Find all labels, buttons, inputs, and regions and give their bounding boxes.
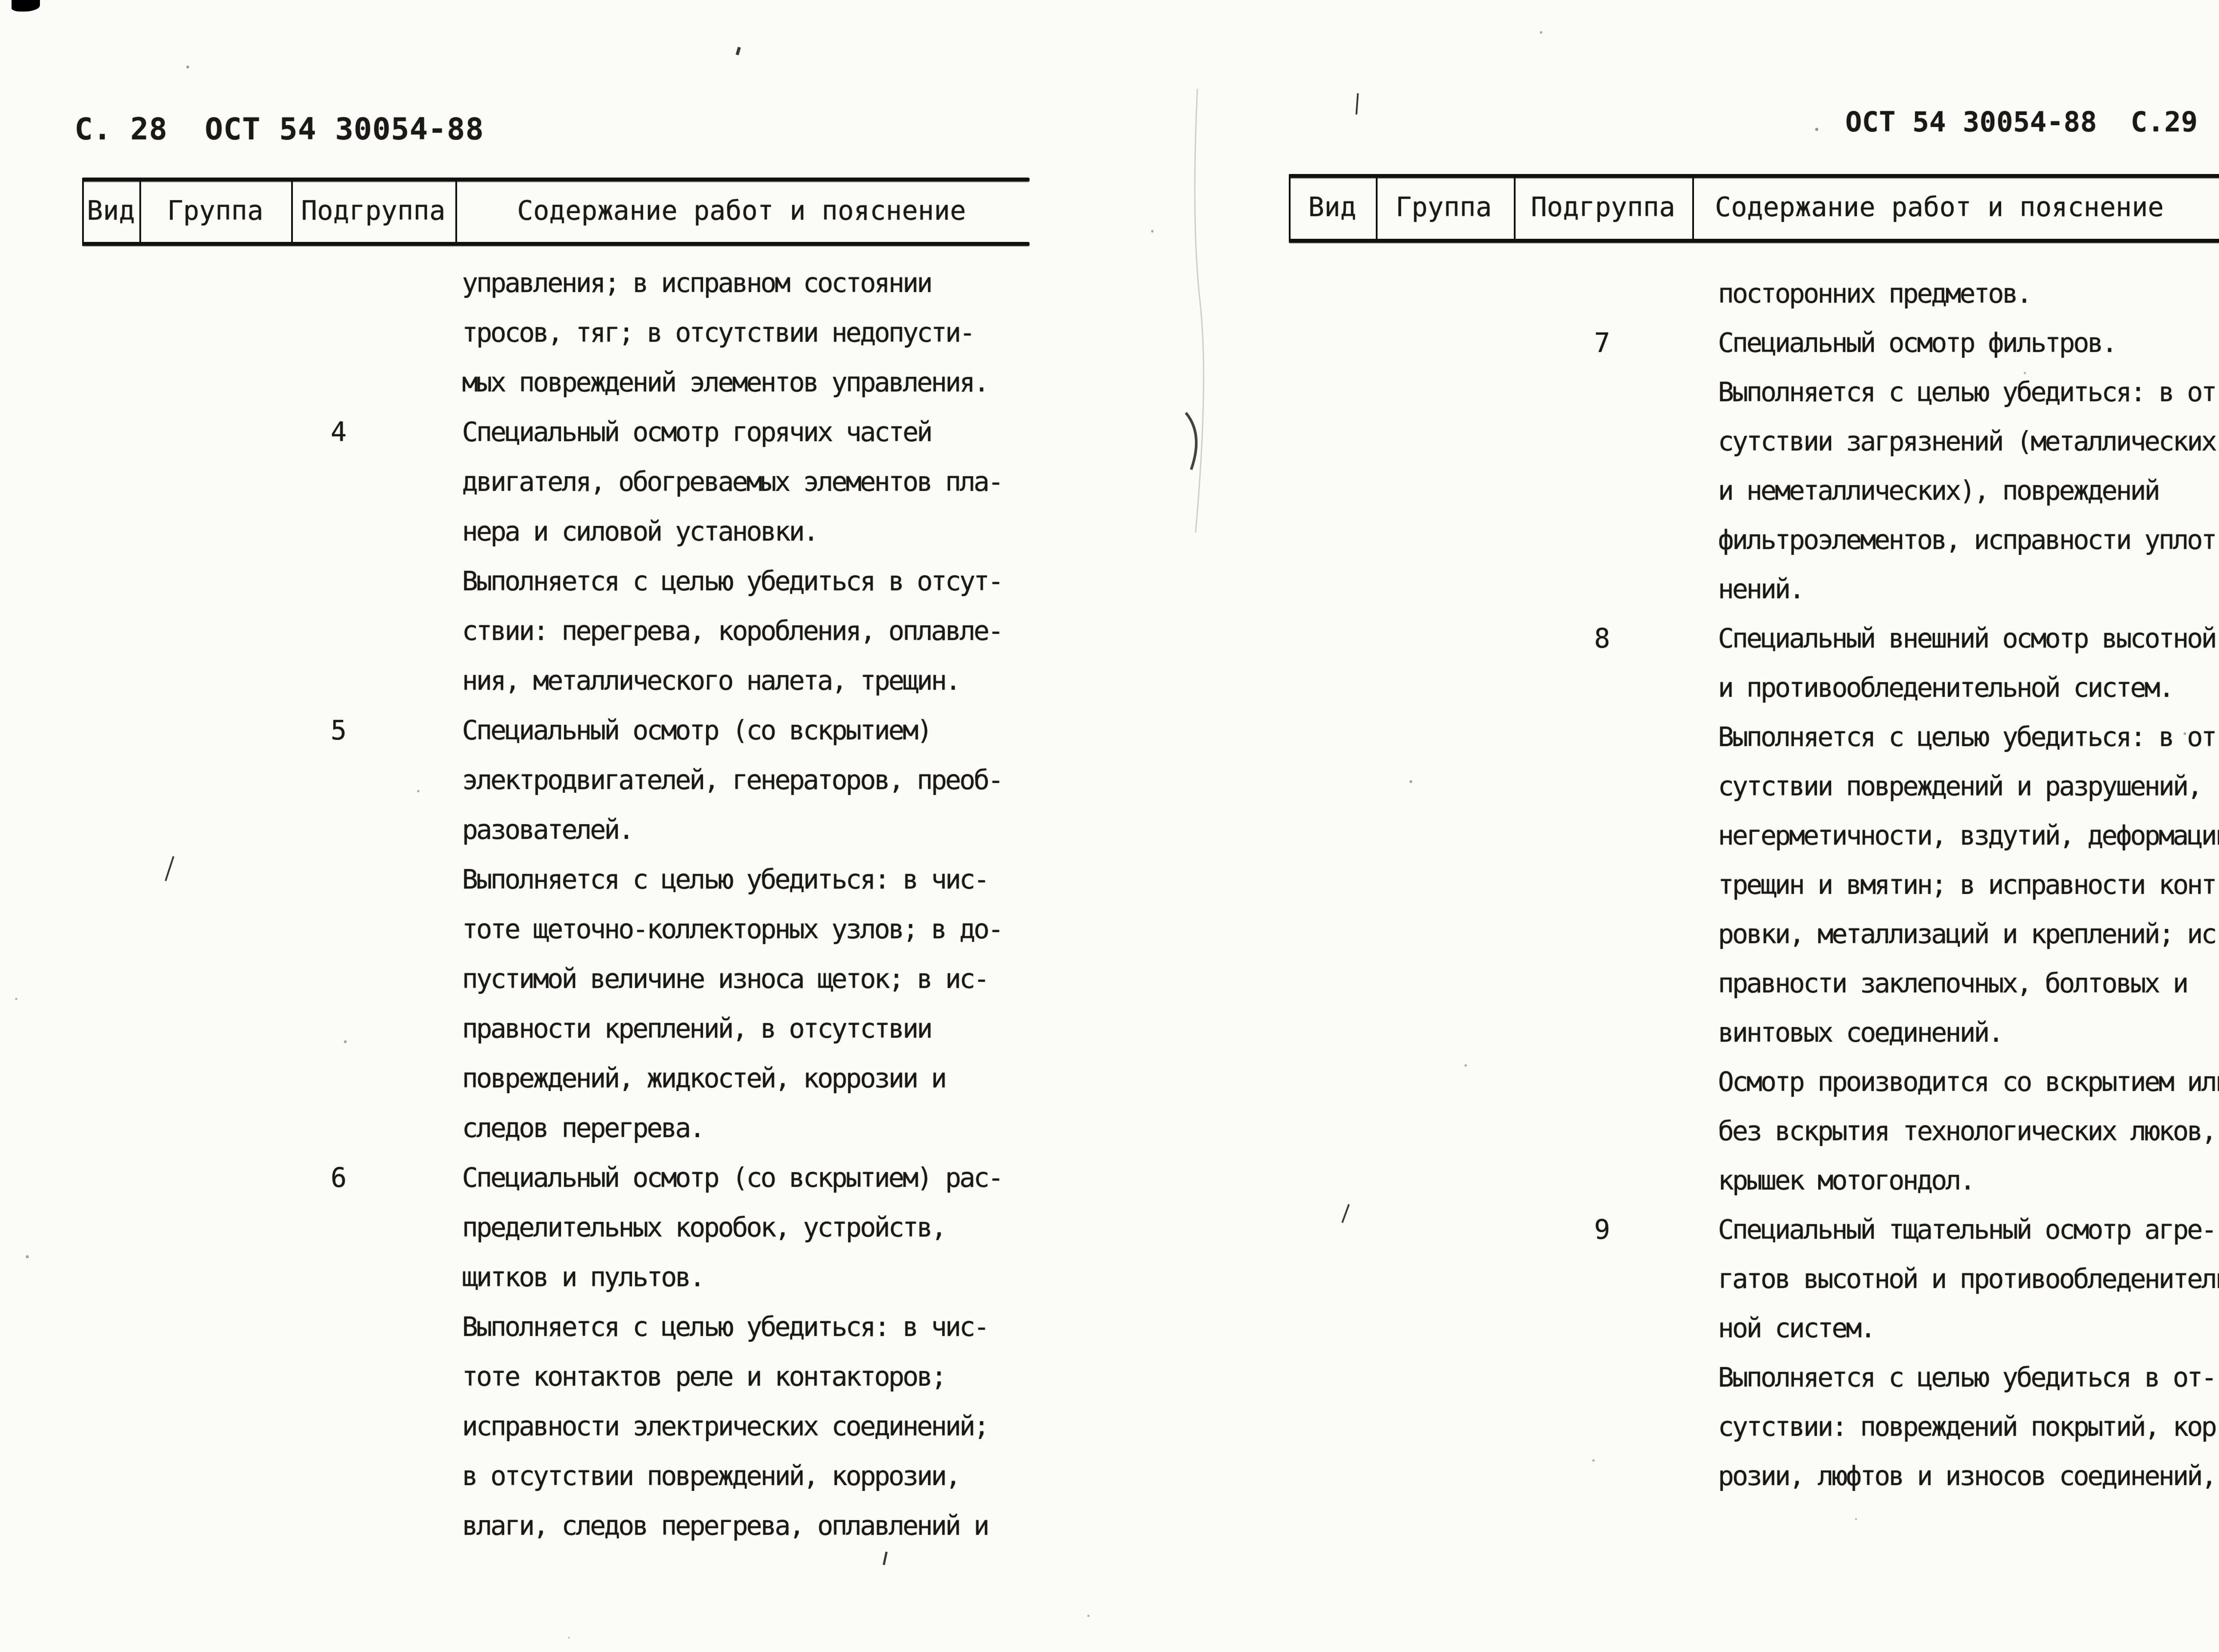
scan-speck [165,856,174,881]
column-header-soderzhanie: Содержание работ и пояснение [517,195,966,226]
text-line: и противообледенительной систем. [1718,664,2219,713]
text-line: и неметаллических), повреждений [1718,466,2219,516]
text-line: фильтроэлементов, исправности уплот- [1718,516,2219,565]
text-line: двигателя, обогреваемых элементов пла- [462,457,1002,507]
scan-speck [2183,732,2186,735]
column-divider [139,178,141,246]
page-header-left: С. 28 ОСТ 54 30054-88 [75,112,484,147]
text-line: винтовых соединений. [1718,1008,2219,1058]
text-line: Специальный осмотр (со вскрытием) рас- [462,1153,1002,1203]
subgroup-number: 6 [331,1153,345,1203]
text-line: Специальный осмотр горячих частей [462,407,1002,457]
left-page-rows: управления; в исправном состояниитросов,… [462,258,1002,1551]
subgroup-number: 4 [331,407,345,457]
column-divider [455,178,457,246]
table-row: 4Специальный осмотр горячих частейдвигат… [462,407,1002,706]
column-header-gruppa: Группа [1396,192,1492,223]
scan-speck [1592,1459,1595,1462]
text-line: сутствии загрязнений (металлических [1718,417,2219,466]
text-line: сутствии: повреждений покрытий, кор- [1718,1403,2219,1452]
text-line: щитков и пультов. [462,1253,1002,1302]
text-line: гатов высотной и противообледенитель- [1718,1255,2219,1304]
table-row: 5Специальный осмотр (со вскрытием)электр… [462,706,1002,1153]
scan-speck [1151,230,1153,233]
text-line: Выполняется с целью убедиться: в от- [1718,368,2219,417]
scan-speck [1815,128,1818,131]
text-line: правности креплений, в отсутствии [462,1004,1002,1054]
text-line: управления; в исправном состоянии [462,258,1002,308]
scan-speck [568,1637,570,1639]
text-line: Выполняется с целью убедиться в отсут- [462,557,1002,606]
column-header-soderzhanie: Содержание работ и пояснение [1715,192,2164,223]
text-line: Специальный осмотр фильтров. [1718,319,2219,368]
scan-speck [736,47,741,55]
text-line: правности заклепочных, болтовых и [1718,959,2219,1008]
scan-speck [186,66,189,68]
text-line: повреждений, жидкостей, коррозии и [462,1054,1002,1103]
right-page-rows: посторонних предметов.7Специальный осмот… [1718,269,2219,1501]
table-row: управления; в исправном состояниитросов,… [462,258,1002,407]
text-line: без вскрытия технологических люков, [1718,1107,2219,1156]
page-fold-crease [1163,75,1234,697]
column-header-podgruppa: Подгруппа [1531,192,1675,223]
subgroup-number: 5 [331,706,345,755]
text-line: Выполняется с целью убедиться: в чис- [462,855,1002,905]
page-header-right: ОСТ 54 30054-88 С.29 [1845,106,2198,138]
scanned-document: С. 28 ОСТ 54 30054-88 Вид Группа Подгруп… [0,0,2219,1652]
text-line: мых повреждений элементов управления. [462,358,1002,407]
text-line: электродвигателей, генераторов, преоб- [462,755,1002,805]
scan-speck [1465,1064,1467,1067]
text-line: Специальный тщательный осмотр агре- [1718,1205,2219,1255]
table-border-left [1289,174,1291,243]
text-line: тоте контактов реле и контакторов; [462,1352,1002,1402]
text-line: нений. [1718,565,2219,614]
scan-speck [1342,1204,1350,1223]
column-divider [1692,174,1694,243]
column-header-vid: Вид [87,195,135,226]
text-line: влаги, следов перегрева, оплавлений и [462,1501,1002,1551]
scan-corner-blot [12,0,40,12]
text-line: Специальный внешний осмотр высотной [1718,614,2219,664]
scan-speck [2024,372,2026,374]
column-divider [1514,174,1516,243]
text-line: ствии: перегрева, коробления, оплавле- [462,606,1002,656]
text-line: ния, металлического налета, трещин. [462,656,1002,706]
text-line: тоте щеточно-коллекторных узлов; в до- [462,905,1002,954]
text-line: в отсутствии повреждений, коррозии, [462,1451,1002,1501]
scan-speck [1355,93,1358,115]
column-header-gruppa: Группа [167,195,264,226]
subgroup-number: 9 [1594,1205,1608,1255]
text-line: Выполняется с целью убедиться в от- [1718,1353,2219,1403]
text-line: трещин и вмятин; в исправности конт- [1718,861,2219,910]
text-line: тросов, тяг; в отсутствии недопусти- [462,308,1002,358]
subgroup-number: 8 [1594,614,1608,664]
column-header-podgruppa: Подгруппа [301,195,445,226]
text-line: Выполняется с целью убедиться: в чис- [462,1302,1002,1352]
text-line: Выполняется с целью убедиться: в от- [1718,713,2219,762]
table-row: 8Специальный внешний осмотр высотнойи пр… [1718,614,2219,1205]
text-line: сутствии повреждений и разрушений, [1718,762,2219,811]
scan-speck [15,998,17,1000]
subgroup-number: 7 [1594,319,1608,368]
column-divider [1376,174,1378,243]
text-line: ровки, металлизаций и креплений; ис- [1718,910,2219,959]
table-border-header-bottom [1289,239,2219,243]
table-row: 7Специальный осмотр фильтров.Выполняется… [1718,319,2219,614]
scan-speck [26,1255,29,1258]
scan-speck [1540,31,1542,34]
table-border-top [82,178,1030,182]
text-line: нера и силовой установки. [462,507,1002,557]
text-line: разователей. [462,805,1002,855]
text-line: розии, люфтов и износов соединений, [1718,1452,2219,1501]
scan-speck [1855,1518,1857,1520]
text-line: следов перегрева. [462,1103,1002,1153]
table-border-top [1289,174,2219,178]
scan-speck [417,790,419,792]
text-line: ной систем. [1718,1304,2219,1353]
text-line: исправности электрических соединений; [462,1402,1002,1451]
table-row: 6Специальный осмотр (со вскрытием) рас-п… [462,1153,1002,1551]
table-border-header-bottom [82,242,1030,246]
scan-speck [1410,780,1412,783]
scan-speck [1087,1615,1090,1617]
text-line: пустимой величине износа щеток; в ис- [462,954,1002,1004]
column-divider [291,178,293,246]
column-header-vid: Вид [1308,192,1356,223]
table-border-left [82,178,84,246]
text-line: пределительных коробок, устройств, [462,1203,1002,1253]
text-line: негерметичности, вздутий, деформаций, [1718,811,2219,861]
scan-speck [883,1552,888,1565]
scan-speck [344,1040,347,1043]
table-row: 9Специальный тщательный осмотр агре-гато… [1718,1205,2219,1501]
text-line: крышек мотогондол. [1718,1156,2219,1205]
text-line: посторонних предметов. [1718,269,2219,319]
table-row: посторонних предметов. [1718,269,2219,319]
text-line: Специальный осмотр (со вскрытием) [462,706,1002,755]
text-line: Осмотр производится со вскрытием или [1718,1058,2219,1107]
